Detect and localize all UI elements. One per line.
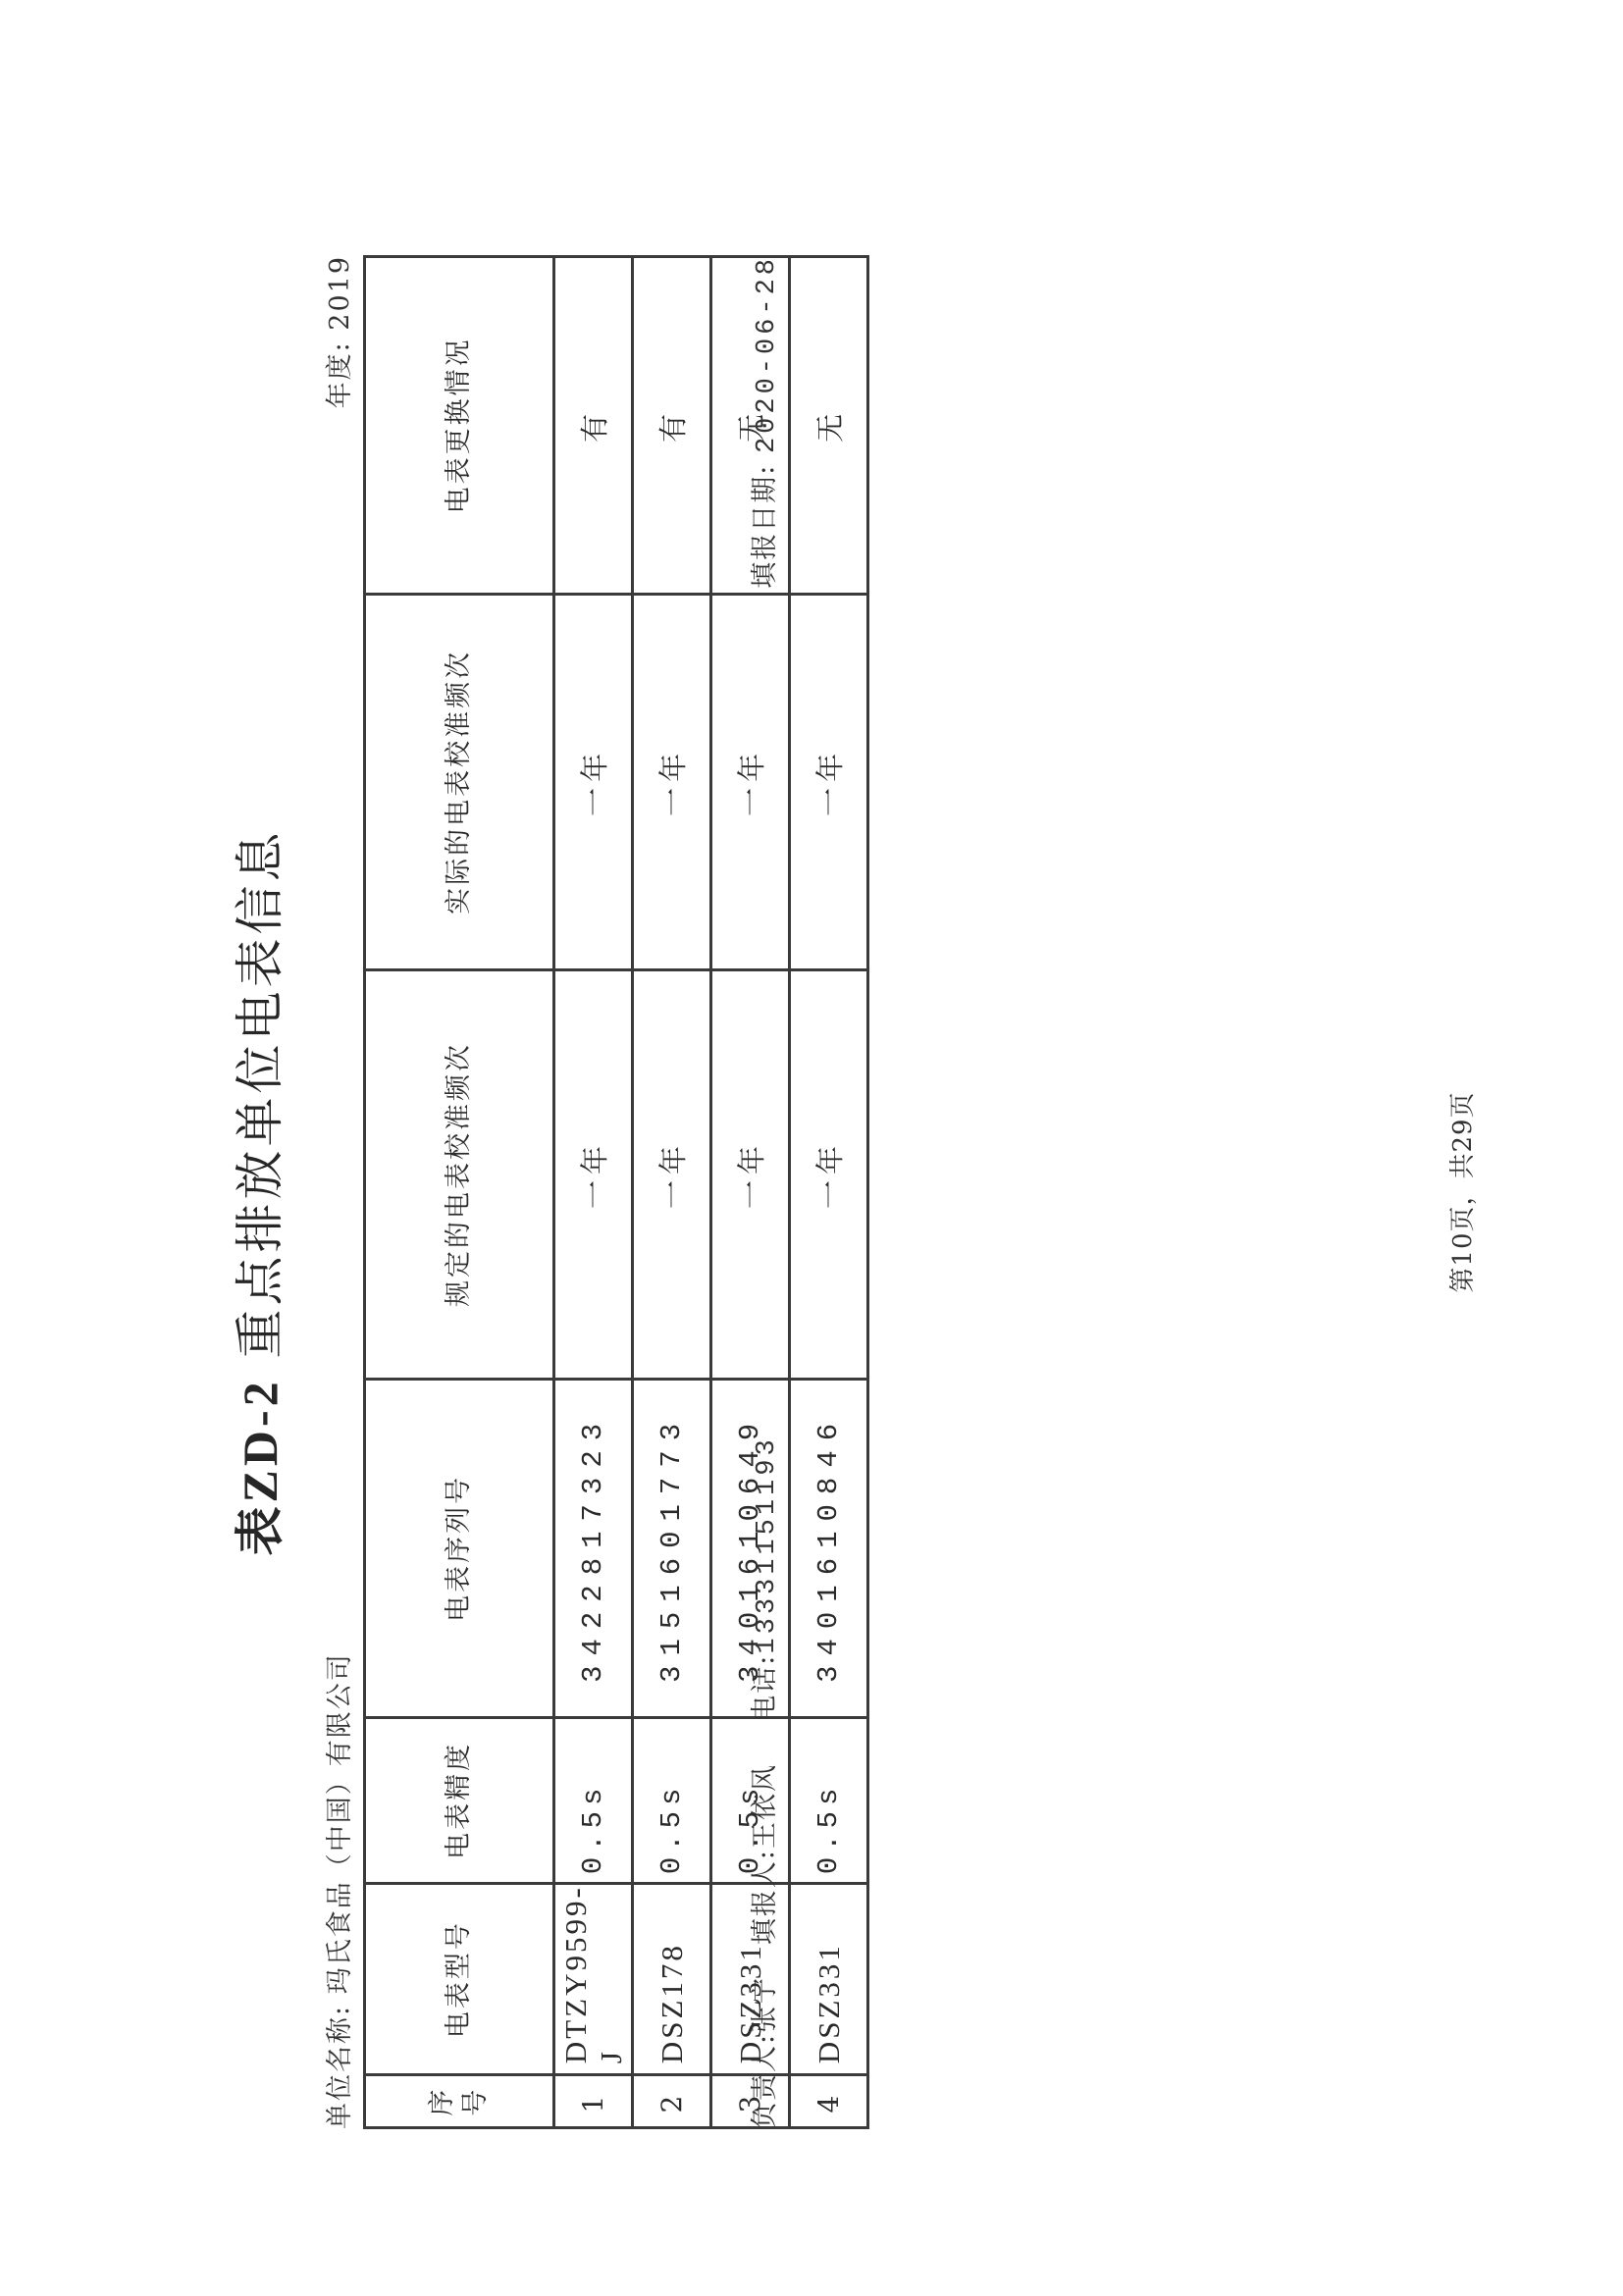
row-accuracy: 0.5s (790, 1717, 868, 1884)
header-seq-bottom: 号 (459, 2076, 493, 2126)
date-label: 填报日期: (750, 464, 780, 589)
date-line: 填报日期: 2020-06-28 (741, 255, 790, 589)
row-seq: 4 (790, 2075, 868, 2128)
row-model: DSZ178 (633, 1884, 711, 2075)
responsible-name: 张宁 (750, 1976, 780, 2033)
responsible-label: 负责人: (750, 2033, 780, 2129)
title-code: 表ZD-2 (233, 1378, 288, 1555)
header-seq: 序 号 (365, 2075, 554, 2128)
row-required-freq: 一年 (554, 969, 633, 1379)
row-seq: 1 (554, 2075, 633, 2128)
unit-line: 单位名称: 玛氏食品（中国）有限公司 (319, 1652, 362, 2129)
rotated-page-content: 表ZD-2 重点排放单位电表信息 单位名称: 玛氏食品（中国）有限公司 年度: … (216, 255, 1492, 2129)
page-title: 表ZD-2 重点排放单位电表信息 (216, 255, 304, 2129)
year-value: 2019 (325, 255, 355, 331)
row-serial: 3151601773 (633, 1380, 711, 1718)
title-text: 重点排放单位电表信息 (232, 829, 288, 1359)
header-replacement: 电表更换情况 (365, 257, 554, 595)
filler-label: 填报人: (750, 1849, 780, 1945)
table-row: 2DSZ1780.5s3151601773一年一年有 (633, 257, 711, 2128)
date-value: 2020-06-28 (753, 255, 782, 453)
header-required-freq: 规定的电表校准频次 (365, 969, 554, 1379)
row-actual-freq: 一年 (554, 594, 633, 969)
row-actual-freq: 一年 (790, 594, 868, 969)
phone-number: 13331151193 (753, 1435, 782, 1653)
row-replacement: 有 (554, 257, 633, 595)
row-required-freq: 一年 (633, 969, 711, 1379)
table-row: 1DTZY9599-J0.5s3422817323一年一年有 (554, 257, 633, 2128)
row-serial: 3422817323 (554, 1380, 633, 1718)
row-model: DTZY9599-J (554, 1884, 633, 2075)
row-actual-freq: 一年 (633, 594, 711, 969)
filler-name: 王依风 (750, 1763, 780, 1849)
table-row: 4DSZ3310.5s3401610846一年一年无 (790, 257, 868, 2128)
unit-label: 单位名称: (325, 2005, 355, 2129)
row-seq: 2 (633, 2075, 711, 2128)
row-replacement: 无 (790, 257, 868, 595)
header-model: 电表型号 (365, 1884, 554, 2075)
table-header-row: 序 号 电表型号 电表精度 电表序列号 规定的电表校准频次 实际的电表校准频次 … (365, 257, 554, 2128)
unit-name: 玛氏食品（中国）有限公司 (325, 1652, 355, 1994)
row-accuracy: 0.5s (554, 1717, 633, 1884)
row-model: DSZ331 (790, 1884, 868, 2075)
row-actual-freq: 一年 (711, 594, 790, 969)
header-serial: 电表序列号 (365, 1380, 554, 1718)
row-serial: 3401610846 (790, 1380, 868, 1718)
year-line: 年度: 2019 (319, 255, 362, 408)
row-accuracy: 0.5s (633, 1717, 711, 1884)
row-replacement: 有 (633, 257, 711, 595)
row-required-freq: 一年 (790, 969, 868, 1379)
header-actual-freq: 实际的电表校准频次 (365, 594, 554, 969)
year-label: 年度: (325, 340, 355, 408)
phone-label: 电话: (750, 1654, 780, 1722)
header-accuracy: 电表精度 (365, 1717, 554, 1884)
row-required-freq: 一年 (711, 969, 790, 1379)
header-seq-top: 序 (426, 2076, 459, 2126)
signatures-line: 负责人:张宁 填报人:王依风 电话:13331151193 (741, 1435, 790, 2129)
page-number: 第10页，共29页 (1442, 255, 1479, 2129)
meter-table: 序 号 电表型号 电表精度 电表序列号 规定的电表校准频次 实际的电表校准频次 … (363, 255, 869, 2129)
